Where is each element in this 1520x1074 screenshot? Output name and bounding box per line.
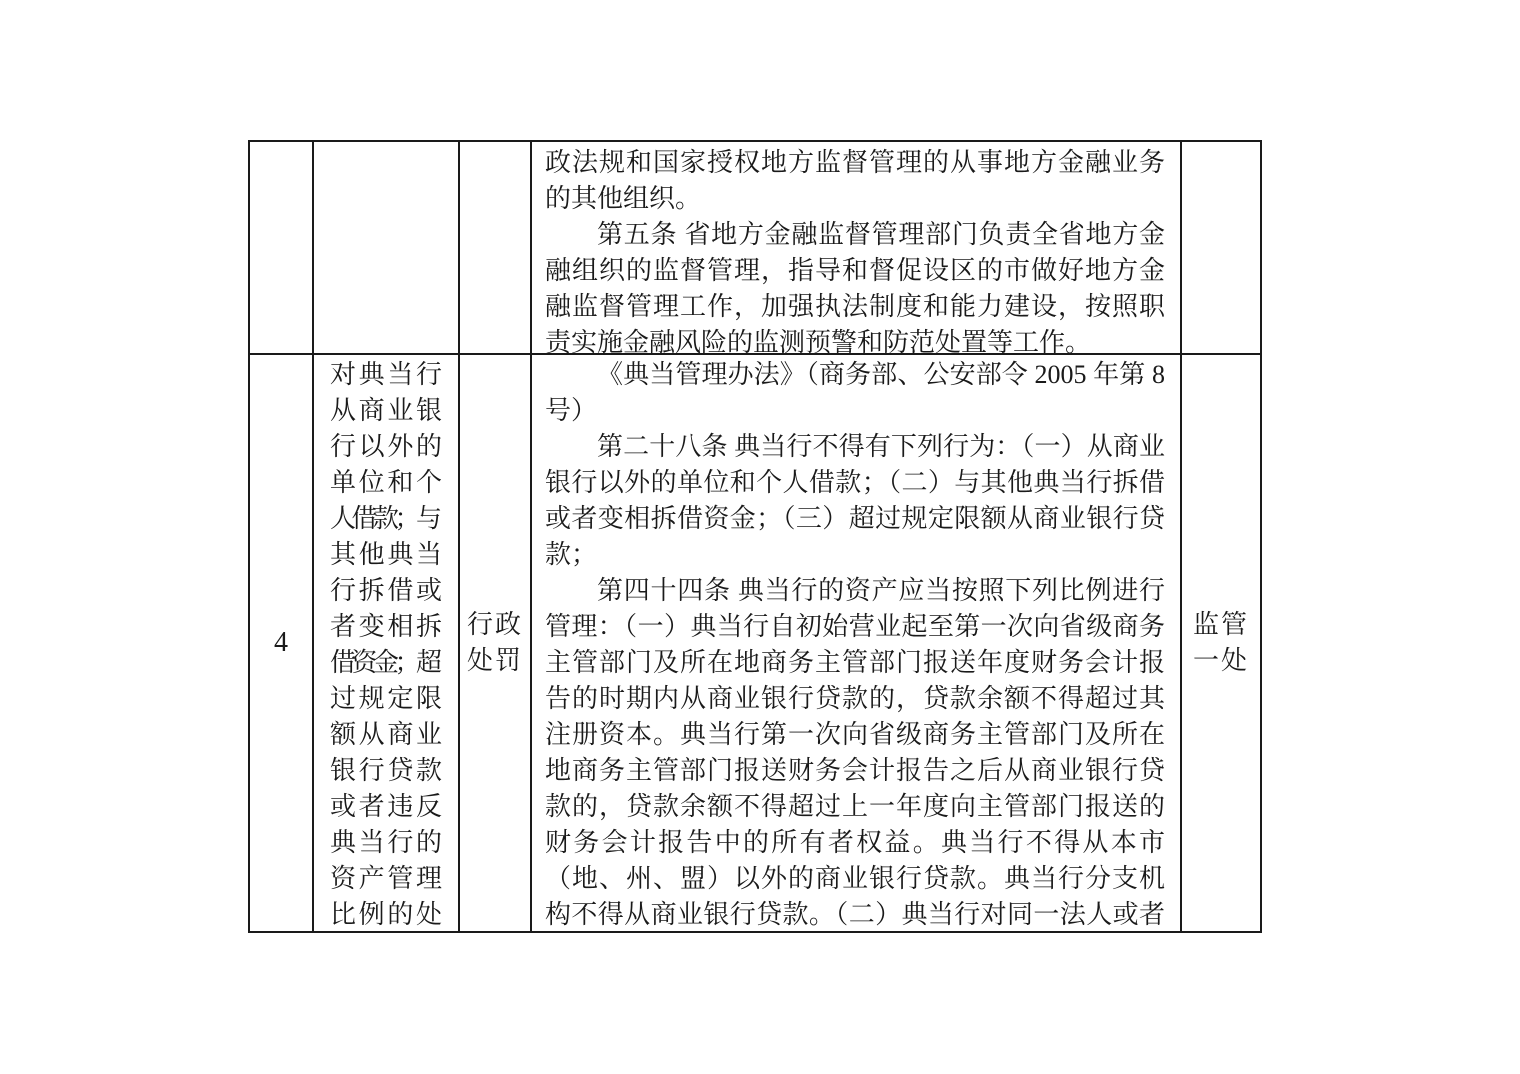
document-page: 政法规和国家授权地方监督管理的从事地方金融业务的其他组织。 第五条 省地方金融监… bbox=[0, 0, 1520, 1074]
violation-text-line: 过规定限 bbox=[330, 681, 442, 717]
table-row-continuation: 政法规和国家授权地方监督管理的从事地方金融业务的其他组织。 第五条 省地方金融监… bbox=[250, 142, 1260, 355]
violation-text-line: 典当行的 bbox=[330, 825, 442, 861]
department-cell: 监管 一处 bbox=[1182, 355, 1260, 931]
violation-text-line: 银行贷款 bbox=[330, 753, 442, 789]
legal-basis-cell: 《典当管理办法》（商务部、公安部令 2005 年第 8 号） 第二十八条 典当行… bbox=[532, 355, 1182, 931]
department-line: 一处 bbox=[1193, 643, 1249, 679]
violation-text-line: 从商业银 bbox=[330, 393, 442, 429]
department-cell bbox=[1182, 142, 1260, 353]
department-line: 监管 bbox=[1193, 607, 1249, 643]
legal-basis-paragraph: 第二十八条 典当行不得有下列行为：（一）从商业银行以外的单位和个人借款；（二）与… bbox=[545, 429, 1165, 573]
violation-text-line: 者变相拆 bbox=[330, 609, 442, 645]
violation-text-line: 借资金；超 bbox=[330, 645, 442, 681]
violation-text-line: 或者违反 bbox=[330, 789, 442, 825]
penalty-type-cell: 行政 处罚 bbox=[460, 355, 532, 931]
seq-cell bbox=[250, 142, 314, 353]
penalty-type-line: 行政 bbox=[467, 607, 523, 643]
regulation-table: 政法规和国家授权地方监督管理的从事地方金融业务的其他组织。 第五条 省地方金融监… bbox=[248, 140, 1262, 933]
legal-basis-paragraph: 政法规和国家授权地方监督管理的从事地方金融业务的其他组织。 bbox=[545, 145, 1165, 217]
violation-text-line: 对典当行 bbox=[330, 357, 442, 393]
violation-text-line: 单位和个 bbox=[330, 465, 442, 501]
legal-basis-cell: 政法规和国家授权地方监督管理的从事地方金融业务的其他组织。 第五条 省地方金融监… bbox=[532, 142, 1182, 353]
legal-basis-paragraph: 第四十四条 典当行的资产应当按照下列比例进行管理：（一）典当行自初始营业起至第一… bbox=[545, 573, 1165, 931]
violation-cell bbox=[314, 142, 460, 353]
violation-text-line: 行拆借或 bbox=[330, 573, 442, 609]
violation-text-line: 资产管理 bbox=[330, 861, 442, 897]
table-row-item-4: 4 对典当行 从商业银 行以外的 单位和个 人借款；与 其他典当 行拆借或 者变… bbox=[250, 355, 1260, 931]
legal-basis-paragraph: 第五条 省地方金融监督管理部门负责全省地方金融组织的监督管理，指导和督促设区的市… bbox=[545, 217, 1165, 353]
penalty-type-line: 处罚 bbox=[467, 643, 523, 679]
legal-basis-paragraph: 《典当管理办法》（商务部、公安部令 2005 年第 8 号） bbox=[545, 357, 1165, 429]
seq-cell: 4 bbox=[250, 355, 314, 931]
violation-cell: 对典当行 从商业银 行以外的 单位和个 人借款；与 其他典当 行拆借或 者变相拆… bbox=[314, 355, 460, 931]
violation-text-line: 额从商业 bbox=[330, 717, 442, 753]
violation-text-line: 行以外的 bbox=[330, 429, 442, 465]
violation-text-line: 人借款；与 bbox=[330, 501, 442, 537]
penalty-type-cell bbox=[460, 142, 532, 353]
sequence-number: 4 bbox=[274, 625, 288, 661]
violation-text-line: 比例的处 bbox=[330, 897, 442, 931]
violation-text-line: 其他典当 bbox=[330, 537, 442, 573]
